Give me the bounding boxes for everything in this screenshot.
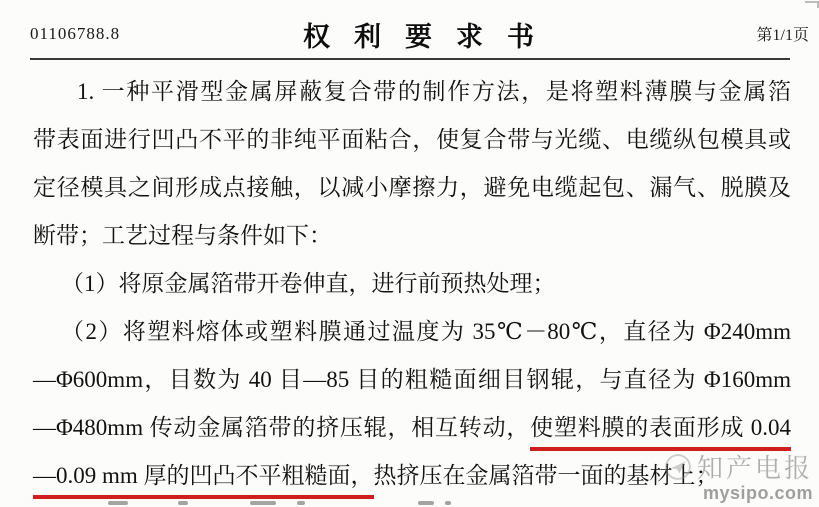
claim-text: （1）将原金属箔带开卷伸直，进行前预热处理； [61,271,556,296]
claim-text: —Φ600mm，目数为 40 目—85 目的粗糙面细目钢辊，与直径为 Φ160m… [33,367,791,392]
cut-text-artifact [445,501,451,505]
header-divider [30,58,790,60]
claims-body: 1. 一种平滑型金属屏蔽复合带的制作方法，是将塑料薄膜与金属箔带表面进行凹凸不平… [33,68,791,500]
claim-text: 定径模具之间形成点接触，以减小摩擦力，避免电缆起包、漏气、脱膜及 [33,175,791,200]
claim-line: 定径模具之间形成点接触，以减小摩擦力，避免电缆起包、漏气、脱膜及 [33,164,791,212]
scan-corner-artifact [805,1,819,8]
page-number: 第1/1页 [757,22,809,45]
claim-line: —Φ600mm，目数为 40 目—85 目的粗糙面细目钢辊，与直径为 Φ160m… [33,356,791,404]
claim-line: 带表面进行凹凸不平的非纯平面粘合，使复合带与光缆、电缆纵包模具或 [33,116,791,164]
claim-text: 热挤压在金属箔带一面的基材上； [374,463,719,488]
claim-text: 1. 一种平滑型金属屏蔽复合带的制作方法，是将塑料薄膜与金属箔 [77,79,791,104]
claim-text: —Φ480mm 传动金属箔带的挤压辊，相互转动， [33,415,530,440]
claim-text: 断带；工艺过程与条件如下： [33,223,332,248]
claim-text: （2）将塑料熔体或塑料膜通过温度为 35℃－80℃，直径为 Φ240mm [61,319,791,344]
claim-line: —0.09 mm 厚的凹凸不平粗糙面，热挤压在金属箔带一面的基材上； [33,452,791,500]
claim-line: （1）将原金属箔带开卷伸直，进行前预热处理； [33,260,791,308]
cut-text-artifact [418,501,434,505]
claim-line: 1. 一种平滑型金属屏蔽复合带的制作方法，是将塑料薄膜与金属箔 [33,68,791,116]
underlined-claim-text: —0.09 mm 厚的凹凸不平粗糙面， [33,463,374,499]
cut-text-artifact [250,501,276,505]
underlined-claim-text: 使塑料膜的表面形成 0.04 [530,415,791,451]
cut-text-artifact [178,501,188,505]
claim-text: 带表面进行凹凸不平的非纯平面粘合，使复合带与光缆、电缆纵包模具或 [33,127,791,152]
claim-line: 断带；工艺过程与条件如下： [33,212,791,260]
cut-text-artifact [297,501,305,505]
application-number: 01106788.8 [30,24,120,44]
page-title: 权利要求书 [303,15,558,54]
claim-line: （2）将塑料熔体或塑料膜通过温度为 35℃－80℃，直径为 Φ240mm [33,308,791,356]
cut-text-artifact [108,501,128,505]
claim-line: —Φ480mm 传动金属箔带的挤压辊，相互转动，使塑料膜的表面形成 0.04 [33,404,791,452]
